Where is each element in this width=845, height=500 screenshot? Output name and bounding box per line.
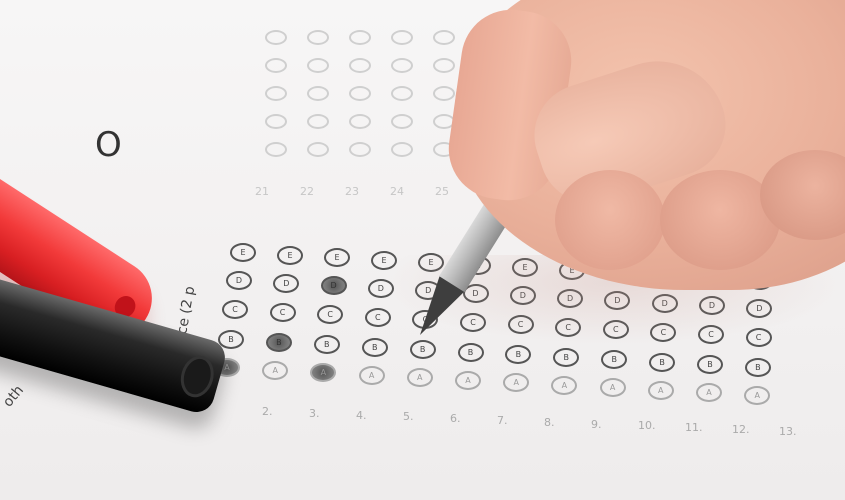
circle-mark: O (95, 125, 122, 165)
column-number: 11. (685, 421, 703, 434)
column-number: 13. (779, 425, 797, 438)
answer-bubble: B (266, 333, 292, 352)
faded-answer-bubble (391, 30, 413, 45)
answer-bubble: B (697, 355, 723, 374)
faded-answer-bubble (307, 114, 329, 129)
column-number: 9. (591, 418, 602, 431)
black-pen-end (176, 352, 218, 401)
answer-bubble: D (321, 276, 347, 295)
column-number: 7. (497, 414, 508, 427)
faded-answer-bubble (433, 58, 455, 73)
faded-answer-bubble (265, 86, 287, 101)
answer-bubble: B (649, 353, 675, 372)
answer-bubble: A (551, 376, 577, 395)
answer-bubble: B (458, 343, 484, 362)
faded-answer-bubble (307, 30, 329, 45)
answer-bubble: C (222, 300, 248, 319)
faded-answer-bubble (349, 114, 371, 129)
faded-answer-bubble (265, 142, 287, 157)
top-column-number: 23 (345, 185, 359, 198)
answer-bubble: A (407, 368, 433, 387)
answer-bubble: B (505, 345, 531, 364)
answer-bubble: A (262, 361, 288, 380)
answer-bubble: A (744, 386, 770, 405)
answer-bubble: E (324, 248, 350, 267)
answer-bubble: D (226, 271, 252, 290)
column-number: 6. (450, 412, 461, 425)
answer-bubble: A (359, 366, 385, 385)
answer-bubble: E (230, 243, 256, 262)
faded-answer-bubble (349, 30, 371, 45)
column-number: 2. (262, 405, 273, 418)
answer-bubble: A (600, 378, 626, 397)
column-number: 4. (356, 409, 367, 422)
faded-answer-bubble (307, 142, 329, 157)
faded-answer-bubble (265, 30, 287, 45)
answer-bubble: B (745, 358, 771, 377)
top-column-number: 22 (300, 185, 314, 198)
faded-answer-bubble (433, 30, 455, 45)
column-number: 12. (732, 423, 750, 436)
faded-answer-bubble (391, 142, 413, 157)
faded-answer-bubble (391, 58, 413, 73)
faded-answer-bubble (307, 86, 329, 101)
answer-bubble: B (553, 348, 579, 367)
answer-bubble: A (648, 381, 674, 400)
faded-answer-bubble (349, 58, 371, 73)
faded-answer-bubble (433, 86, 455, 101)
answer-bubble: E (277, 246, 303, 265)
answer-bubble: B (601, 350, 627, 369)
answer-bubble: B (314, 335, 340, 354)
photo-scene: EDCBA2.EDCBA3.EDCBA4.EDCBA5.EDCBA6.EDCBA… (0, 0, 845, 500)
answer-bubble: D (273, 274, 299, 293)
answer-bubble: A (455, 371, 481, 390)
faded-answer-bubble (391, 114, 413, 129)
top-column-number: 24 (390, 185, 404, 198)
answer-bubble: A (696, 383, 722, 402)
column-number: 8. (544, 416, 555, 429)
answer-bubble: B (218, 330, 244, 349)
answer-bubble: A (310, 363, 336, 382)
column-number: 3. (309, 407, 320, 420)
faded-answer-bubble (265, 58, 287, 73)
middle-finger (555, 170, 665, 270)
faded-answer-bubble (391, 86, 413, 101)
faded-answer-bubble (307, 58, 329, 73)
faded-answer-bubble (265, 114, 287, 129)
answer-bubble: A (503, 373, 529, 392)
answer-bubble: C (317, 305, 343, 324)
answer-bubble: C (270, 303, 296, 322)
faded-answer-bubble (349, 142, 371, 157)
column-number: 10. (638, 419, 656, 432)
column-number: 5. (403, 410, 414, 423)
top-column-number: 21 (255, 185, 269, 198)
top-column-number: 25 (435, 185, 449, 198)
faded-answer-bubble (349, 86, 371, 101)
